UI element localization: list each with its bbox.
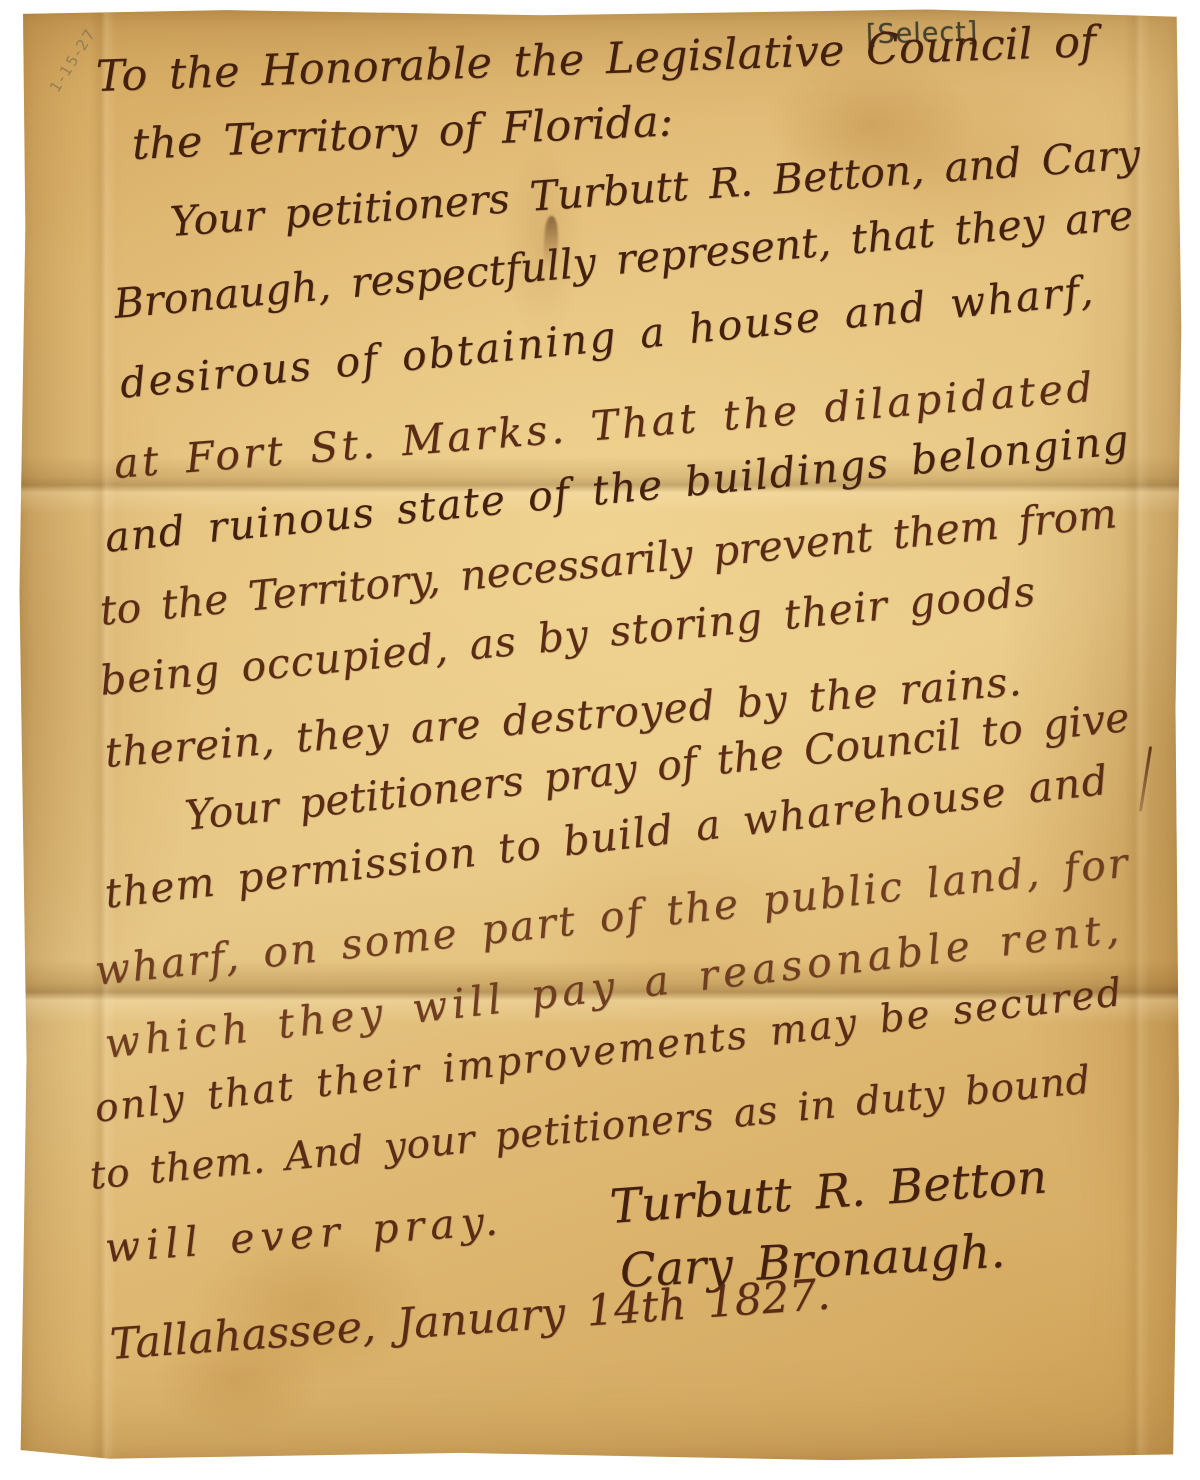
handwritten-line: will ever pray. — [103, 1196, 505, 1272]
handwritten-line: the Territory of Florida: — [131, 96, 674, 170]
pencil-annotation: 1-15-27 — [46, 24, 100, 95]
handwritten-line: To the Honorable the Legislative Council… — [95, 17, 1097, 102]
pen-flourish-stroke — [1139, 746, 1152, 812]
signature-line: Turbutt R. Betton — [608, 1150, 1049, 1235]
dateline: Tallahassee, January 14th 1827. — [108, 1270, 832, 1370]
paper: 1-15-27 [Select] To the Honorable the Le… — [16, 8, 1186, 1466]
scanned-document: 1-15-27 [Select] To the Honorable the Le… — [0, 0, 1200, 1480]
